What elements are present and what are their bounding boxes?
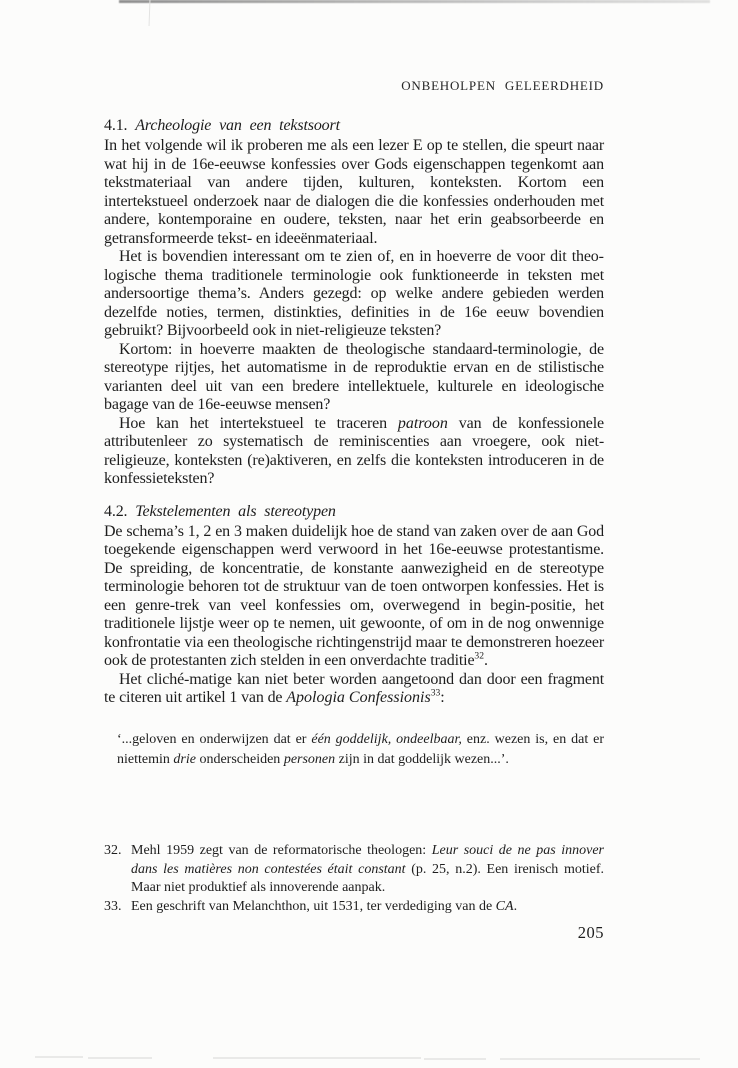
scan-artifact-streak bbox=[35, 1056, 83, 1058]
main-text-column: 4.1. Archeologie van een tekstsoort In h… bbox=[104, 116, 604, 770]
paragraph-4: Hoe kan het intertekstueel te traceren p… bbox=[104, 415, 604, 489]
section-heading-4-1: 4.1. Archeologie van een tekstsoort bbox=[104, 116, 604, 135]
footnote-32: 32. Mehl 1959 zegt van de reformatorisch… bbox=[104, 842, 604, 898]
scan-artifact-streak bbox=[213, 1057, 421, 1059]
scan-artifact-streak bbox=[500, 1058, 700, 1060]
footnote-text: Een geschrift van Melanchthon, uit 1531,… bbox=[131, 898, 604, 917]
block-quotation: ‘...geloven en onderwijzen dat er één go… bbox=[117, 730, 604, 770]
paragraph-6: Het cliché-matige kan niet beter worden … bbox=[104, 671, 604, 708]
paragraph-1: In het volgende wil ik proberen me als e… bbox=[104, 137, 604, 248]
footnote-number: 32. bbox=[104, 842, 131, 898]
footnote-number: 33. bbox=[104, 898, 131, 917]
scan-artifact-streak bbox=[88, 1057, 152, 1059]
section-number: 4.2. bbox=[104, 503, 127, 520]
scan-artifact-top-edge bbox=[119, 0, 710, 3]
section-heading-4-2: 4.2. Tekstelementen als stereotypen bbox=[104, 502, 604, 521]
scan-artifact-corner-line bbox=[149, 0, 151, 26]
footnote-text: Mehl 1959 zegt van de reformatorische th… bbox=[131, 842, 604, 898]
running-head: ONBEHOLPEN GELEERDHEID bbox=[104, 78, 604, 94]
scan-artifact-streak bbox=[424, 1058, 486, 1060]
scanned-book-page: ONBEHOLPEN GELEERDHEID 4.1. Archeologie … bbox=[0, 0, 738, 1068]
paragraph-3: Kortom: in hoeverre maakten de theologis… bbox=[104, 341, 604, 415]
page-number: 205 bbox=[104, 923, 604, 943]
section-number: 4.1. bbox=[104, 117, 127, 134]
footnotes-section: 32. Mehl 1959 zegt van de reformatorisch… bbox=[104, 842, 604, 916]
section-title: Archeologie van een tekstsoort bbox=[135, 117, 340, 134]
paragraph-2: Het is bovendien interessant om te zien … bbox=[104, 248, 604, 341]
section-title: Tekstelementen als stereotypen bbox=[135, 503, 336, 520]
paragraph-5: De schema’s 1, 2 en 3 maken duidelijk ho… bbox=[104, 523, 604, 671]
footnote-33: 33. Een geschrift van Melanchthon, uit 1… bbox=[104, 898, 604, 917]
